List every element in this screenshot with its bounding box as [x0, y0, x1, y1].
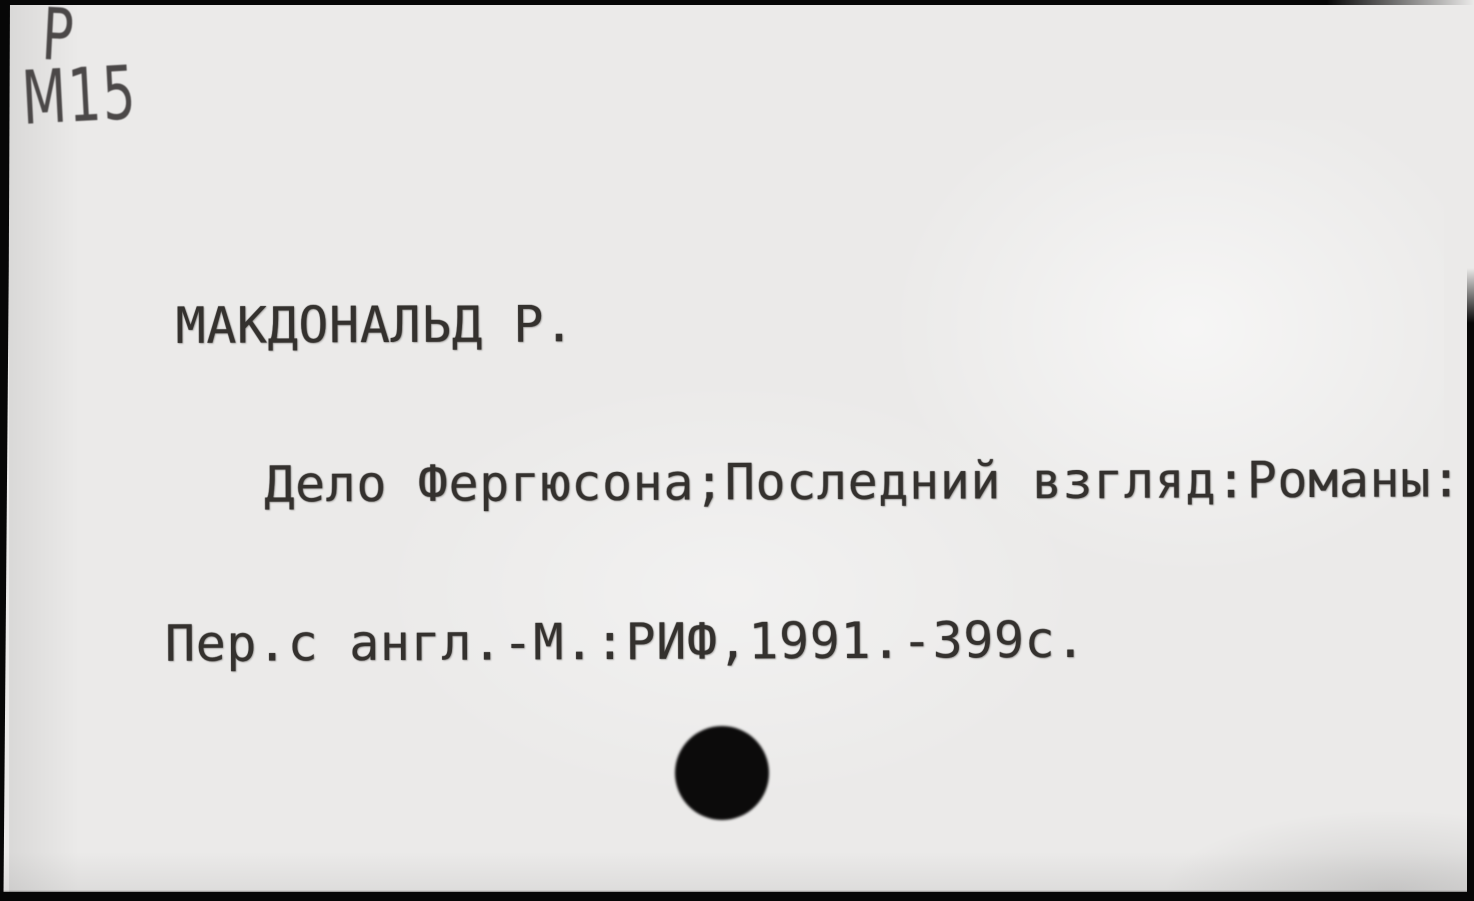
punch-hole [675, 726, 769, 820]
call-number-code: М15 [20, 56, 139, 136]
scan-edge-bottom [0, 892, 1474, 901]
paper-shading-bottom-right [1167, 812, 1467, 892]
bibliographic-entry: МАКДОНАЛЬД Р. Дело Фергюсона;Последний в… [163, 188, 1463, 777]
author-line: МАКДОНАЛЬД Р. [163, 294, 1461, 353]
scan-edge-right [1467, 268, 1474, 901]
scan-edge-top [0, 0, 1474, 5]
title-line: Дело Фергюсона;Последний взгляд:Романы: [164, 453, 1462, 512]
imprint-line: Пер.с англ.-М.:РИФ,1991.-399с. [165, 612, 1463, 671]
scan-edge-left [0, 0, 10, 894]
catalog-card-scan: Р М15 МАКДОНАЛЬД Р. Дело Фергюсона;После… [0, 0, 1474, 901]
paper-shading-bottom-band [0, 852, 1474, 892]
